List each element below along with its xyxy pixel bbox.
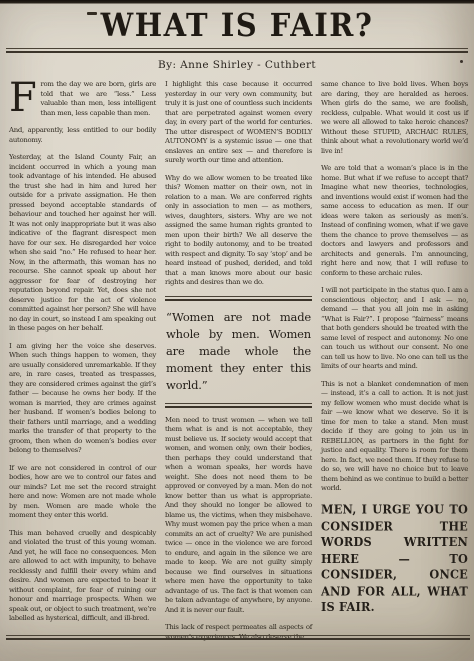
- paragraph: I will not participate in the status quo…: [321, 286, 468, 372]
- column-middle: I highlight this case because it occurre…: [165, 80, 312, 650]
- paragraph: And, apparently, less entitled to our bo…: [9, 126, 156, 145]
- paragraph: Why do we allow women to be treated like…: [165, 174, 312, 288]
- paragraph: This man behaved cruelly and despicably …: [9, 529, 156, 624]
- paragraph: Yesterday, at the Island County Fair, an…: [9, 153, 156, 334]
- paragraph: Men need to trust women — when we tell t…: [165, 416, 312, 616]
- paragraph-text: rom the day we are born, girls are told …: [40, 80, 156, 117]
- paragraph: I am giving her the voice she deserves. …: [9, 342, 156, 456]
- drop-cap: F: [9, 80, 40, 115]
- article-body: From the day we are born, girls are told…: [0, 71, 474, 650]
- pull-quote: “Women are not made whole by men. Women …: [165, 301, 312, 403]
- paragraph: I highlight this case because it occurre…: [165, 80, 312, 166]
- paragraph: If we are not considered in control of o…: [9, 464, 156, 521]
- byline: By: Anne Shirley - Cuthbert: [0, 59, 474, 71]
- article-title: WHAT IS FAIR?: [0, 6, 474, 43]
- column-right: same chance to live bold lives. When boy…: [321, 80, 468, 650]
- paragraph-opening: From the day we are born, girls are told…: [9, 80, 156, 118]
- column-left: From the day we are born, girls are told…: [9, 80, 156, 650]
- newspaper-page: WHAT IS FAIR? By: Anne Shirley - Cuthber…: [0, 0, 474, 661]
- paragraph: We are told that a woman’s place is in t…: [321, 164, 468, 278]
- paragraph: same chance to live bold lives. When boy…: [321, 80, 468, 156]
- closing-statement: MEN, I URGE YOU TO CONSIDER THE WORDS WR…: [321, 502, 468, 616]
- masthead: WHAT IS FAIR? By: Anne Shirley - Cuthber…: [0, 0, 474, 71]
- pullquote-rule-bottom: [165, 403, 312, 408]
- bottom-rule: [6, 635, 470, 640]
- title-rule: [6, 48, 468, 53]
- paragraph: This is not a blanket condemnation of me…: [321, 380, 468, 494]
- ink-dot: [460, 60, 463, 63]
